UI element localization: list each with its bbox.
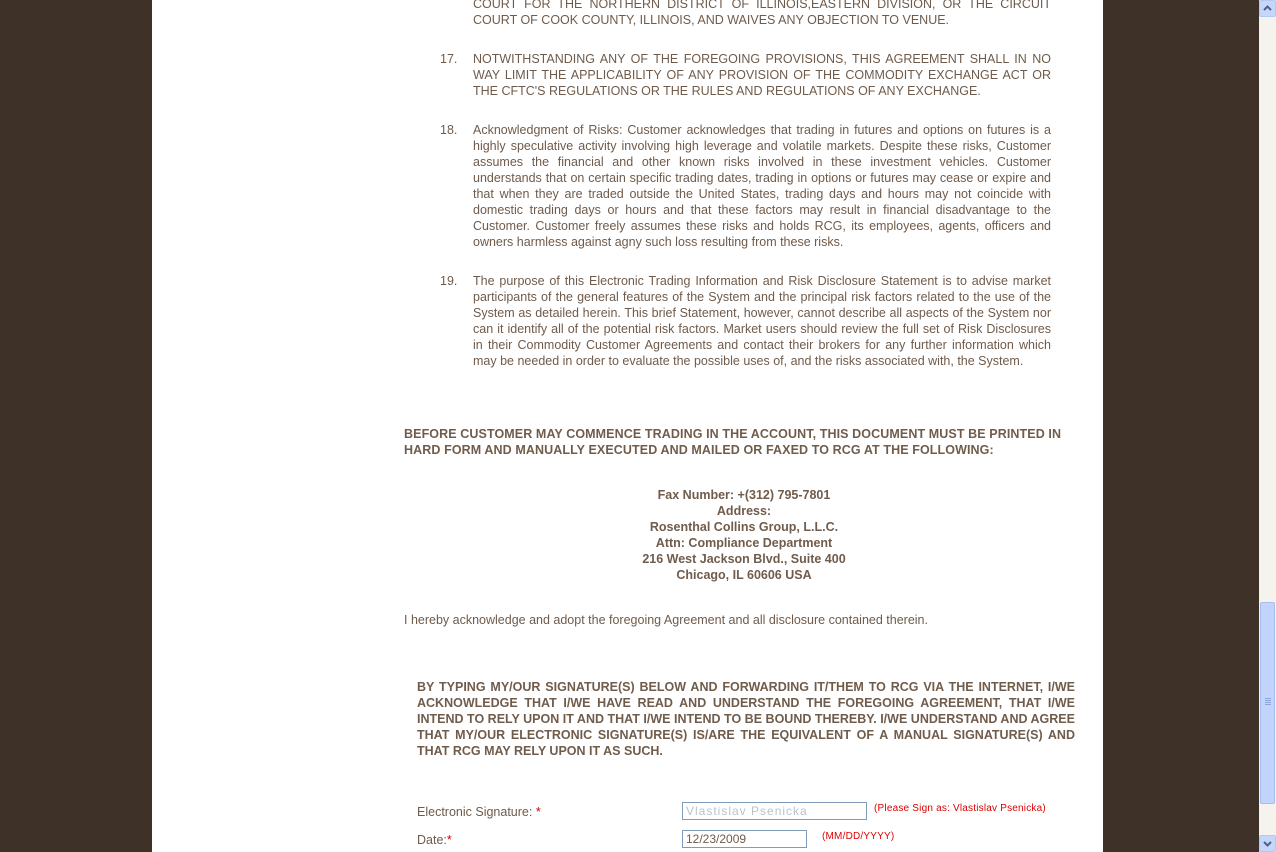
electronic-signature-input[interactable]: [682, 802, 867, 820]
document-page: COURT FOR THE NORTHERN DISTRICT OF ILLIN…: [152, 0, 1103, 852]
clause-text: NOTWITHSTANDING ANY OF THE FOREGOING PRO…: [473, 51, 1051, 99]
scroll-down-button[interactable]: [1259, 835, 1276, 852]
fax-number: Fax Number: +(312) 795-7801: [544, 487, 944, 503]
required-mark: *: [536, 805, 541, 819]
vertical-scrollbar[interactable]: [1259, 0, 1276, 852]
date-input[interactable]: [682, 830, 807, 848]
clause-number: 17.: [440, 51, 470, 67]
date-label-text: Date:: [417, 833, 447, 847]
grip-icon: [1265, 698, 1271, 706]
date-label: Date:*: [417, 833, 452, 847]
clause-text: Acknowledgment of Risks: Customer acknow…: [473, 122, 1051, 250]
address-attn: Attn: Compliance Department: [544, 535, 944, 551]
chevron-down-icon: [1263, 840, 1272, 847]
clause-16-tail: COURT FOR THE NORTHERN DISTRICT OF ILLIN…: [473, 0, 1051, 28]
electronic-signature-notice: BY TYPING MY/OUR SIGNATURE(S) BELOW AND …: [417, 679, 1075, 759]
address-street: 216 West Jackson Blvd., Suite 400: [544, 551, 944, 567]
print-notice: BEFORE CUSTOMER MAY COMMENCE TRADING IN …: [404, 426, 1074, 458]
chevron-up-icon: [1263, 5, 1272, 12]
acknowledgement-text: I hereby acknowledge and adopt the foreg…: [404, 612, 928, 628]
clause-number: 19.: [440, 273, 470, 289]
signature-hint: (Please Sign as: Vlastislav Psenicka): [874, 803, 1046, 814]
clause-text: The purpose of this Electronic Trading I…: [473, 273, 1051, 369]
clause-number: 18.: [440, 122, 470, 138]
address-company: Rosenthal Collins Group, L.L.C.: [544, 519, 944, 535]
required-mark: *: [447, 833, 452, 847]
date-format-hint: (MM/DD/YYYY): [822, 831, 894, 842]
signature-label: Electronic Signature: *: [417, 805, 541, 819]
scroll-thumb[interactable]: [1260, 602, 1275, 804]
signature-label-text: Electronic Signature:: [417, 805, 536, 819]
address-city: Chicago, IL 60606 USA: [544, 567, 944, 583]
address-label: Address:: [544, 503, 944, 519]
scroll-up-button[interactable]: [1259, 0, 1276, 17]
